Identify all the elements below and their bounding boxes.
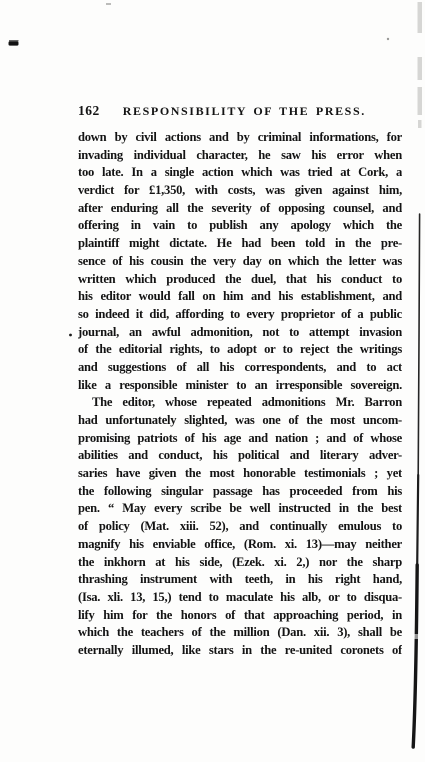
text-line: eternally illumed, like stars in the re-… bbox=[78, 642, 402, 660]
text-line: saries have given the most honorable tes… bbox=[78, 465, 402, 483]
ink-dot bbox=[69, 334, 72, 337]
running-head: 162 RESPONSIBILITY OF THE PRESS. bbox=[78, 103, 402, 119]
text-line: and suggestions of all his correspondent… bbox=[78, 359, 402, 377]
text-line: magnify his enviable office, (Rom. xi. 1… bbox=[78, 536, 402, 554]
text-line: down by civil actions and by criminal in… bbox=[78, 129, 402, 147]
running-title: RESPONSIBILITY OF THE PRESS. bbox=[123, 104, 366, 119]
text-line: which the teachers of the million (Dan. … bbox=[78, 624, 402, 642]
text-line: verdict for £1,350, with costs, was give… bbox=[78, 182, 402, 200]
text-line: written which produced the duel, that hi… bbox=[78, 271, 402, 289]
text-line: promising patriots of his age and nation… bbox=[78, 430, 402, 448]
text-line: plaintiff might dictate. He had been tol… bbox=[78, 235, 402, 253]
body-text: down by civil actions and by criminal in… bbox=[78, 129, 402, 660]
text-line: abilities and conduct, his political and… bbox=[78, 447, 402, 465]
text-line: too late. In a single action which was t… bbox=[78, 164, 402, 182]
text-line: after enduring all the severity of oppos… bbox=[78, 200, 402, 218]
paper-speck bbox=[106, 3, 111, 5]
text-line: like a responsible minister to an irresp… bbox=[78, 377, 402, 395]
text-line: of policy (Mat. xiii. 52), and continual… bbox=[78, 518, 402, 536]
text-line: invading individual character, he saw hi… bbox=[78, 147, 402, 165]
text-line: the inkhorn at his side, (Ezek. xi. 2,) … bbox=[78, 554, 402, 572]
text-line: pen. “ May every scribe be well instruct… bbox=[78, 500, 402, 518]
text-line: so indeed it did, affording to every pro… bbox=[78, 306, 402, 324]
page-edge-line bbox=[412, 214, 420, 747]
text-line: sence of his cousin the very day on whic… bbox=[78, 253, 402, 271]
ink-blot bbox=[9, 40, 19, 46]
page-number: 162 bbox=[78, 103, 100, 119]
scanned-book-page: 162 RESPONSIBILITY OF THE PRESS. down by… bbox=[0, 0, 425, 762]
text-line: offering in vain to publish any apology … bbox=[78, 217, 402, 235]
text-line: had unfortunately slighted, was one of t… bbox=[78, 412, 402, 430]
text-line: thrashing instrument with teeth, in his … bbox=[78, 571, 402, 589]
text-line: journal, an awful admonition, not to att… bbox=[78, 324, 402, 342]
text-line: his editor would fall on him and his est… bbox=[78, 288, 402, 306]
text-line: lify him for the honors of that approach… bbox=[78, 607, 402, 625]
text-line: of the editorial rights, to adopt or to … bbox=[78, 341, 402, 359]
text-line: the following singular passage has proce… bbox=[78, 483, 402, 501]
page-edge-shadow-light bbox=[418, 2, 423, 128]
text-line: (Isa. xli. 13, 15,) tend to maculate his… bbox=[78, 589, 402, 607]
paper-speck bbox=[387, 38, 389, 40]
text-line-paragraph-start: The editor, whose repeated admonitions M… bbox=[78, 394, 402, 412]
